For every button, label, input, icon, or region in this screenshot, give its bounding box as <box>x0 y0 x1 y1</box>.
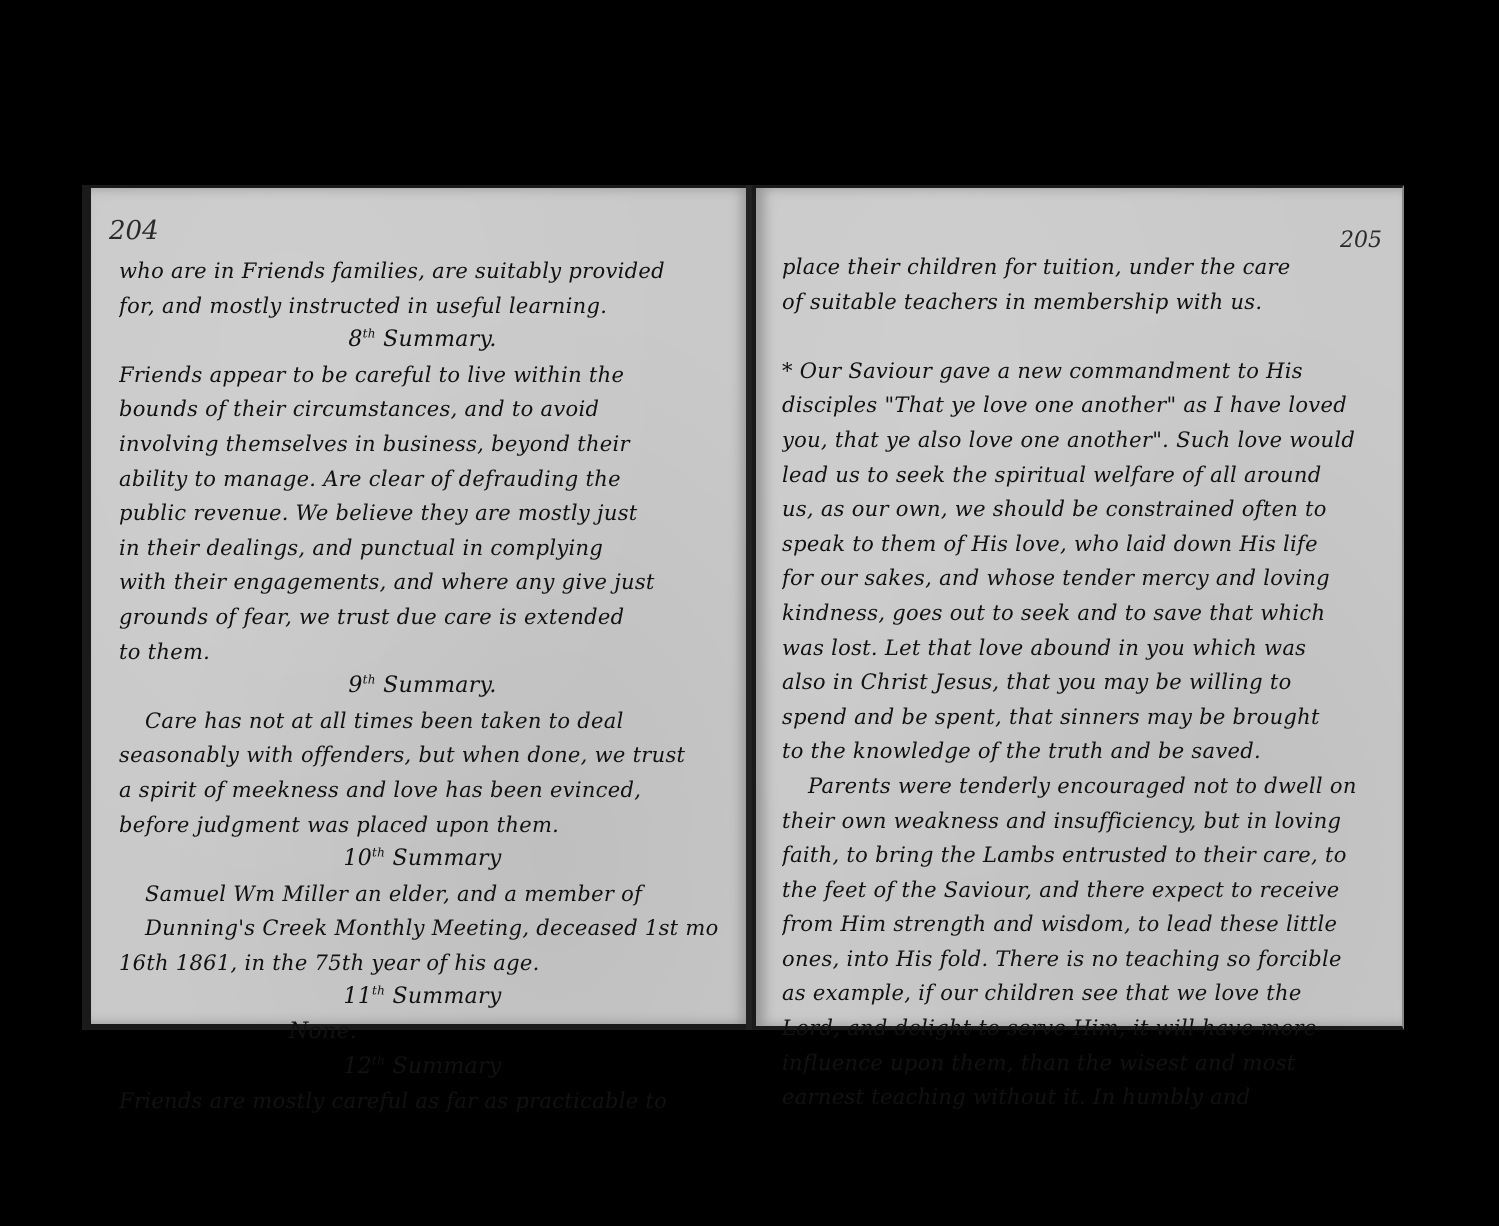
ordinal-suffix: th <box>372 984 385 998</box>
handwritten-line: Parents were tenderly encouraged not to … <box>782 769 1378 804</box>
summary-heading: 12th Summary <box>119 1050 726 1085</box>
summary-label: Summary <box>385 1054 501 1079</box>
handwritten-line: spend and be spent, that sinners may be … <box>782 700 1378 735</box>
ordinal-suffix: th <box>363 673 376 687</box>
summary-heading: 8th Summary. <box>119 323 726 358</box>
summary-ordinal: 11 <box>343 984 372 1009</box>
handwritten-line: * Our Saviour gave a new commandment to … <box>782 354 1378 389</box>
summary-answer: None. <box>119 1015 726 1050</box>
handwritten-line: Friends are mostly careful as far as pra… <box>119 1084 726 1119</box>
handwritten-line: grounds of fear, we trust due care is ex… <box>119 600 726 635</box>
handwritten-line: their own weakness and insufficiency, bu… <box>782 804 1378 839</box>
handwritten-line: Samuel Wm Miller an elder, and a member … <box>119 877 726 912</box>
handwritten-line: in their dealings, and punctual in compl… <box>119 531 726 566</box>
handwritten-line: seasonably with offenders, but when done… <box>119 738 726 773</box>
summary-label: Summary <box>385 984 501 1009</box>
handwritten-line: a spirit of meekness and love has been e… <box>119 773 726 808</box>
handwritten-line: speak to them of His love, who laid down… <box>782 527 1378 562</box>
handwritten-line: place their children for tuition, under … <box>782 250 1378 285</box>
handwritten-line: faith, to bring the Lambs entrusted to t… <box>782 838 1378 873</box>
summary-heading: 9th Summary. <box>119 669 726 704</box>
handwritten-line: public revenue. We believe they are most… <box>119 496 726 531</box>
handwritten-line: to them. <box>119 635 726 670</box>
summary-ordinal: 8 <box>348 327 362 352</box>
handwritten-line: Dunning's Creek Monthly Meeting, decease… <box>119 911 726 946</box>
summary-ordinal: 12 <box>343 1054 372 1079</box>
right-page-text: place their children for tuition, under … <box>782 250 1378 1115</box>
handwritten-line: also in Christ Jesus, that you may be wi… <box>782 665 1378 700</box>
handwritten-line: the feet of the Saviour, and there expec… <box>782 873 1378 908</box>
handwritten-line: from Him strength and wisdom, to lead th… <box>782 907 1378 942</box>
handwritten-line: Friends appear to be careful to live wit… <box>119 358 726 393</box>
handwritten-line: of suitable teachers in membership with … <box>782 285 1378 320</box>
handwritten-line: influence upon them, than the wisest and… <box>782 1046 1378 1081</box>
summary-ordinal: 9 <box>348 673 362 698</box>
handwritten-line: lead us to seek the spiritual welfare of… <box>782 458 1378 493</box>
handwritten-line: bounds of their circumstances, and to av… <box>119 392 726 427</box>
handwritten-line: us, as our own, we should be constrained… <box>782 492 1378 527</box>
handwritten-line: was lost. Let that love abound in you wh… <box>782 631 1378 666</box>
handwritten-line: before judgment was placed upon them. <box>119 808 726 843</box>
summary-ordinal: 10 <box>343 846 372 871</box>
summary-heading: 11th Summary <box>119 980 726 1015</box>
summary-label: Summary. <box>376 673 497 698</box>
handwritten-line: 16th 1861, in the 75th year of his age. <box>119 946 726 981</box>
summary-heading: 10th Summary <box>119 842 726 877</box>
blank-line <box>782 319 1378 354</box>
open-ledger-book: 204 who are in Friends families, are sui… <box>82 185 1404 1030</box>
summary-label: Summary. <box>376 327 497 352</box>
handwritten-line: you, that ye also love one another". Suc… <box>782 423 1378 458</box>
left-page: 204 who are in Friends families, are sui… <box>82 185 750 1030</box>
handwritten-line: for, and mostly instructed in useful lea… <box>119 289 726 324</box>
left-page-text: who are in Friends families, are suitabl… <box>119 254 726 1119</box>
handwritten-line: who are in Friends families, are suitabl… <box>119 254 726 289</box>
right-page: 205 place their children for tuition, un… <box>752 185 1404 1030</box>
handwritten-line: for our sakes, and whose tender mercy an… <box>782 561 1378 596</box>
handwritten-line: involving themselves in business, beyond… <box>119 427 726 462</box>
ordinal-suffix: th <box>372 846 385 860</box>
handwritten-line: Care has not at all times been taken to … <box>119 704 726 739</box>
handwritten-line: earnest teaching without it. In humbly a… <box>782 1080 1378 1115</box>
handwritten-line: disciples "That ye love one another" as … <box>782 388 1378 423</box>
handwritten-line: as example, if our children see that we … <box>782 976 1378 1011</box>
handwritten-line: with their engagements, and where any gi… <box>119 565 726 600</box>
handwritten-line: ability to manage. Are clear of defraudi… <box>119 462 726 497</box>
summary-label: Summary <box>385 846 501 871</box>
handwritten-line: kindness, goes out to seek and to save t… <box>782 596 1378 631</box>
page-number: 204 <box>109 216 159 246</box>
ordinal-suffix: th <box>363 327 376 341</box>
handwritten-line: Lord, and delight to serve Him, it will … <box>782 1011 1378 1046</box>
ordinal-suffix: th <box>372 1053 385 1067</box>
handwritten-line: ones, into His fold. There is no teachin… <box>782 942 1378 977</box>
handwritten-line: to the knowledge of the truth and be sav… <box>782 734 1378 769</box>
